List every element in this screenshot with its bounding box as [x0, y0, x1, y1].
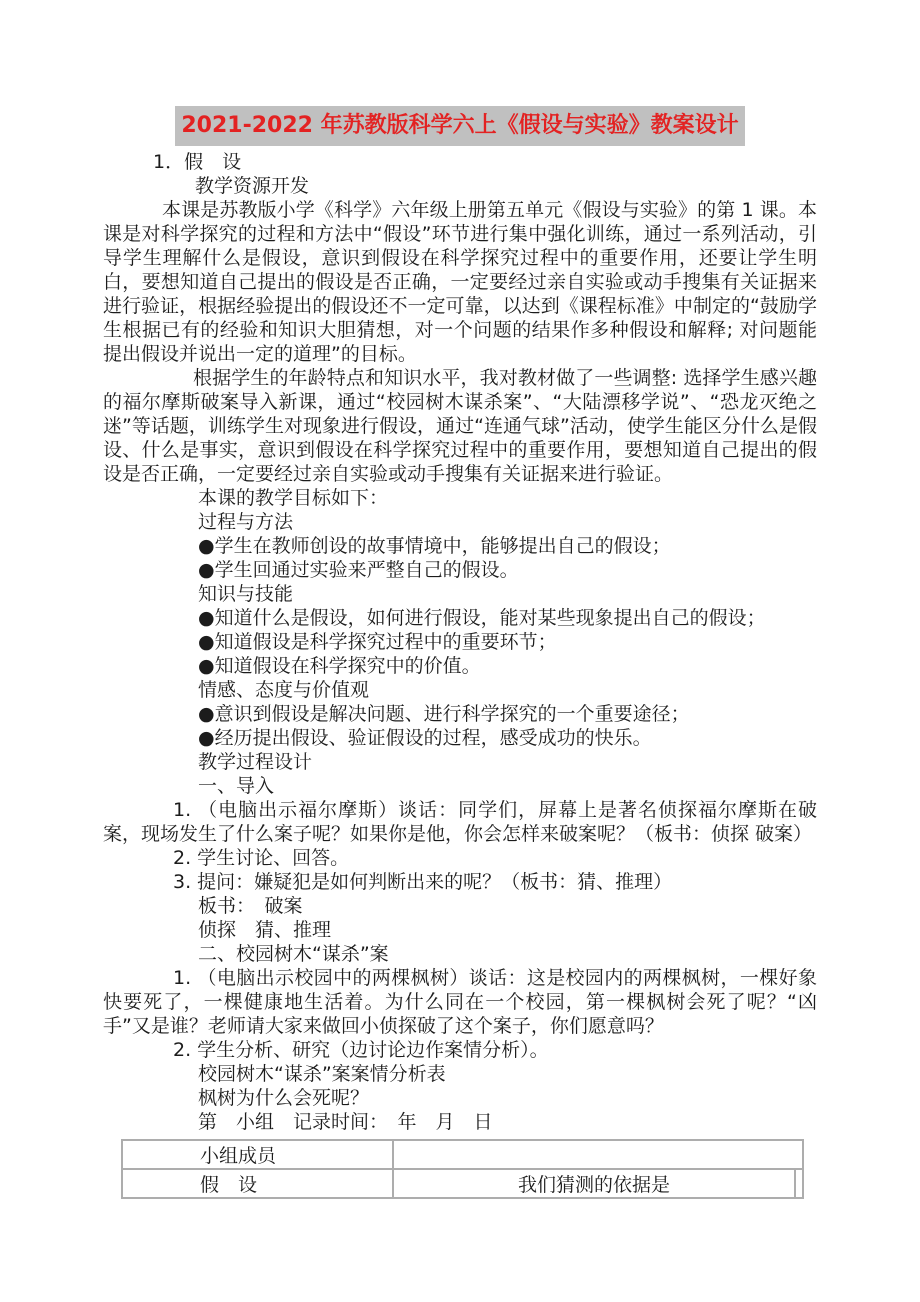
document-page: 2021-2022 年苏教版科学六上《假设与实验》教案设计 1．假 设教学资源开…: [103, 106, 817, 1199]
heading-knowledge-skills: 知识与技能: [103, 582, 817, 606]
bullet-item: ●知道假设在科学探究中的价值。: [103, 654, 817, 678]
cell-hypothesis-label: 假 设: [122, 1169, 393, 1198]
numbered-item: 2. 学生分析、研究（边讨论边作案情分析）。: [103, 1038, 817, 1062]
numbered-item: 1. （电脑出示福尔摩斯）谈话：同学们，屏幕上是著名侦探福尔摩斯在破案，现场发生…: [103, 798, 817, 846]
paragraph-course-intro: 本课是苏教版小学《科学》六年级上册第五单元《假设与实验》的第 1 课。本课是对科…: [103, 198, 817, 366]
cell-basis-label: 我们猜测的依据是: [393, 1169, 795, 1198]
line-objectives-intro: 本课的教学目标如下：: [103, 486, 817, 510]
bullet-item: ●知道什么是假设，如何进行假设，能对某些现象提出自己的假设；: [103, 606, 817, 630]
bullet-item: ●学生回通过实验来严整自己的假设。: [103, 558, 817, 582]
title-row: 2021-2022 年苏教版科学六上《假设与实验》教案设计: [103, 106, 817, 142]
document-title: 2021-2022 年苏教版科学六上《假设与实验》教案设计: [175, 106, 744, 146]
cell-group-members-value: [393, 1140, 803, 1169]
cell-right-sliver: [795, 1169, 803, 1198]
line-board-writing: 侦探 猜、推理: [103, 918, 817, 942]
numbered-item: 2. 学生讨论、回答。: [103, 846, 817, 870]
heading-process-method: 过程与方法: [103, 510, 817, 534]
line-question: 枫树为什么会死呢？: [103, 1086, 817, 1110]
numbered-item: 3. 提问：嫌疑犯是如何判断出来的呢？（板书：猜、推理）: [103, 870, 817, 894]
table-row-hypothesis: 假 设 我们猜测的依据是: [122, 1169, 803, 1198]
case-analysis-table: 小组成员 假 设 我们猜测的依据是: [121, 1139, 804, 1199]
paragraph-adjustments: 根据学生的年龄特点和知识水平，我对教材做了一些调整: 选择学生感兴趣的福尔摩斯破…: [103, 366, 817, 486]
bullet-item: ●知道假设是科学探究过程中的重要环节；: [103, 630, 817, 654]
line-board-writing: 板书： 破案: [103, 894, 817, 918]
heading-section-one: 一、导入: [103, 774, 817, 798]
numbered-item: 1. （电脑出示校园中的两棵枫树）谈话：这是校园内的两棵枫树，一棵好象快要死了，…: [103, 966, 817, 1038]
bullet-item: ●学生在教师创设的故事情境中，能够提出自己的假设；: [103, 534, 817, 558]
document-body-text: 1．假 设教学资源开发本课是苏教版小学《科学》六年级上册第五单元《假设与实验》的…: [103, 150, 817, 1134]
heading-section-two: 二、校园树木“谋杀”案: [103, 942, 817, 966]
heading-teaching-process: 教学过程设计: [103, 750, 817, 774]
table-row-group-members: 小组成员: [122, 1140, 803, 1169]
line-record-form: 第 小组 记录时间： 年 月 日: [103, 1110, 817, 1134]
line-analysis-table-title: 校园树木“谋杀”案案情分析表: [103, 1062, 817, 1086]
cell-group-members-label: 小组成员: [122, 1140, 393, 1169]
subheading-resources: 教学资源开发: [103, 174, 817, 198]
bullet-item: ●经历提出假设、验证假设的过程，感受成功的快乐。: [103, 726, 817, 750]
lesson-number-heading: 1．假 设: [103, 150, 817, 174]
bullet-item: ●意识到假设是解决问题、进行科学探究的一个重要途径；: [103, 702, 817, 726]
heading-emotion-values: 情感、态度与价值观: [103, 678, 817, 702]
